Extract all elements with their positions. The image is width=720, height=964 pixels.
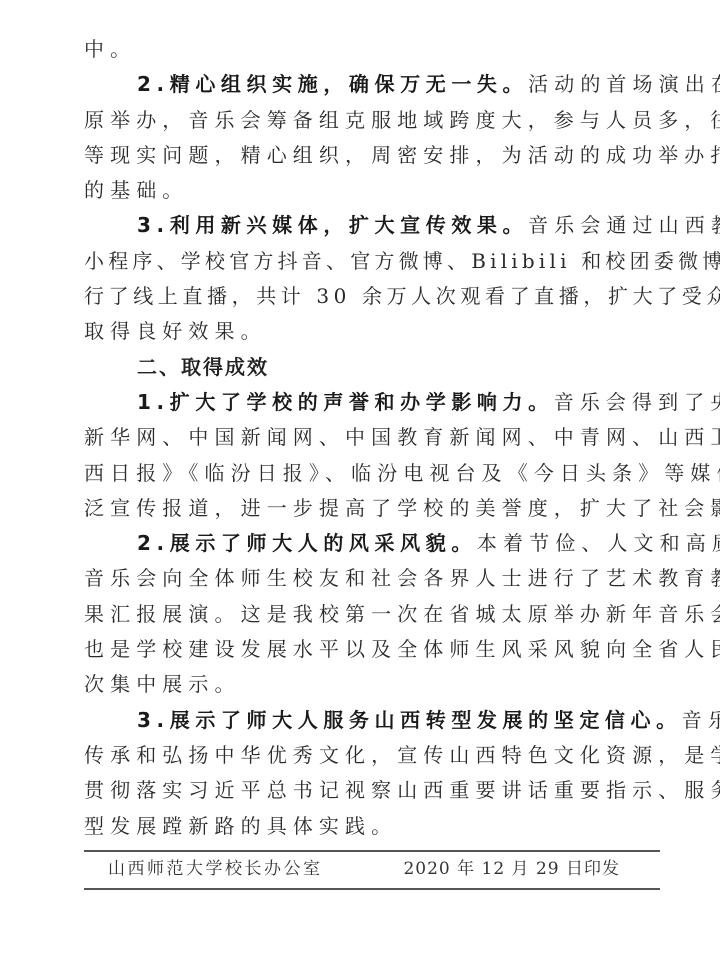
paragraph-line: 3.展示了师大人服务山西转型发展的坚定信心。音乐会积极 bbox=[84, 703, 644, 738]
paragraph-line: 音乐会向全体师生校友和社会各界人士进行了艺术教育教学成 bbox=[84, 561, 644, 596]
paragraph-line: 1.扩大了学校的声誉和办学影响力。音乐会得到了央视网、 bbox=[84, 385, 644, 420]
line-text: 音乐会向全体师生校友和社会各界人士进行了艺术教育教学成 bbox=[84, 566, 720, 590]
point-heading: 2.展示了师大人的风采风貌。 bbox=[137, 531, 477, 555]
paragraph-line: 型发展蹚新路的具体实践。 bbox=[84, 809, 644, 844]
line-text: 西日报》《临汾日报》、临汾电视台及《今日头条》等媒体的广 bbox=[84, 461, 720, 485]
point-heading: 2.精心组织实施，确保万无一失。 bbox=[137, 72, 528, 96]
line-text: 贯彻落实习近平总书记视察山西重要讲话重要指示、服务山西转 bbox=[84, 778, 720, 802]
line-text: 音乐会积极 bbox=[682, 708, 720, 732]
line-text: 果汇报展演。这是我校第一次在省城太原举办新年音乐会，同时 bbox=[84, 602, 720, 626]
paragraph-line: 原举办，音乐会筹备组克服地域跨度大，参与人员多，往返交通 bbox=[84, 103, 644, 138]
line-text: 小程序、学校官方抖音、官方微博、Bilibili 和校团委微博进 bbox=[84, 249, 720, 273]
line-text: 泛宣传报道，进一步提高了学校的美誉度，扩大了社会影响。 bbox=[84, 496, 720, 520]
line-text: 的基础。 bbox=[84, 178, 188, 202]
paragraph-line: 的基础。 bbox=[84, 173, 644, 208]
paragraph-line: 也是学校建设发展水平以及全体师生风采风貌向全省人民的一 bbox=[84, 632, 644, 667]
line-text: 行了线上直播，共计 30 余万人次观看了直播，扩大了受众面， bbox=[84, 284, 720, 308]
paragraph-line: 小程序、学校官方抖音、官方微博、Bilibili 和校团委微博进 bbox=[84, 244, 644, 279]
paragraph-line: 果汇报展演。这是我校第一次在省城太原举办新年音乐会，同时 bbox=[84, 597, 644, 632]
line-text: 也是学校建设发展水平以及全体师生风采风貌向全省人民的一 bbox=[84, 637, 720, 661]
paragraph-line: 西日报》《临汾日报》、临汾电视台及《今日头条》等媒体的广 bbox=[84, 456, 644, 491]
paragraph-line: 次集中展示。 bbox=[84, 667, 644, 702]
paragraph-line: 等现实问题，精心组织，周密安排，为活动的成功举办打下良好 bbox=[84, 138, 644, 173]
paragraph-line: 中。 bbox=[84, 32, 644, 67]
paragraph-line: 2.精心组织实施，确保万无一失。活动的首场演出在省城太 bbox=[84, 67, 644, 102]
paragraph-line: 贯彻落实习近平总书记视察山西重要讲话重要指示、服务山西转 bbox=[84, 773, 644, 808]
point-heading: 3.利用新兴媒体，扩大宣传效果。 bbox=[137, 213, 528, 237]
document-body: 中。 2.精心组织实施，确保万无一失。活动的首场演出在省城太 原举办，音乐会筹备… bbox=[84, 32, 644, 844]
line-text: 等现实问题，精心组织，周密安排，为活动的成功举办打下良好 bbox=[84, 143, 720, 167]
paragraph-line: 泛宣传报道，进一步提高了学校的美誉度，扩大了社会影响。 bbox=[84, 491, 644, 526]
line-text: 新华网、中国新闻网、中国教育新闻网、中青网、山西卫视、《山 bbox=[84, 425, 720, 449]
line-text: 本着节俭、人文和高质量原则， bbox=[477, 531, 720, 555]
section-heading-line: 二、取得成效 bbox=[84, 350, 644, 385]
section-heading: 二、取得成效 bbox=[137, 355, 269, 379]
paragraph-line: 取得良好效果。 bbox=[84, 314, 644, 349]
paragraph-line: 2.展示了师大人的风采风貌。本着节俭、人文和高质量原则， bbox=[84, 526, 644, 561]
document-page: 中。 2.精心组织实施，确保万无一失。活动的首场演出在省城太 原举办，音乐会筹备… bbox=[0, 0, 720, 964]
issue-date: 2020 年 12 月 29 日印发 bbox=[403, 852, 620, 886]
line-text: 中。 bbox=[84, 37, 136, 61]
line-text: 次集中展示。 bbox=[84, 672, 241, 696]
point-heading: 3.展示了师大人服务山西转型发展的坚定信心。 bbox=[137, 708, 682, 732]
line-text: 音乐会得到了央视网、 bbox=[554, 390, 720, 414]
issuer-name: 山西师范大学校长办公室 bbox=[108, 852, 323, 886]
paragraph-line: 3.利用新兴媒体，扩大宣传效果。音乐会通过山西教育微信 bbox=[84, 208, 644, 243]
issuance-footer: 山西师范大学校长办公室 2020 年 12 月 29 日印发 bbox=[84, 850, 660, 890]
line-text: 传承和弘扬中华优秀文化，宣传山西特色文化资源，是学校深入 bbox=[84, 743, 720, 767]
paragraph-line: 传承和弘扬中华优秀文化，宣传山西特色文化资源，是学校深入 bbox=[84, 738, 644, 773]
line-text: 音乐会通过山西教育微信 bbox=[528, 213, 720, 237]
line-text: 取得良好效果。 bbox=[84, 319, 267, 343]
paragraph-line: 新华网、中国新闻网、中国教育新闻网、中青网、山西卫视、《山 bbox=[84, 420, 644, 455]
line-text: 原举办，音乐会筹备组克服地域跨度大，参与人员多，往返交通 bbox=[84, 108, 720, 132]
line-text: 型发展蹚新路的具体实践。 bbox=[84, 814, 397, 838]
paragraph-line: 行了线上直播，共计 30 余万人次观看了直播，扩大了受众面， bbox=[84, 279, 644, 314]
point-heading: 1.扩大了学校的声誉和办学影响力。 bbox=[137, 390, 554, 414]
line-text: 活动的首场演出在省城太 bbox=[528, 72, 720, 96]
